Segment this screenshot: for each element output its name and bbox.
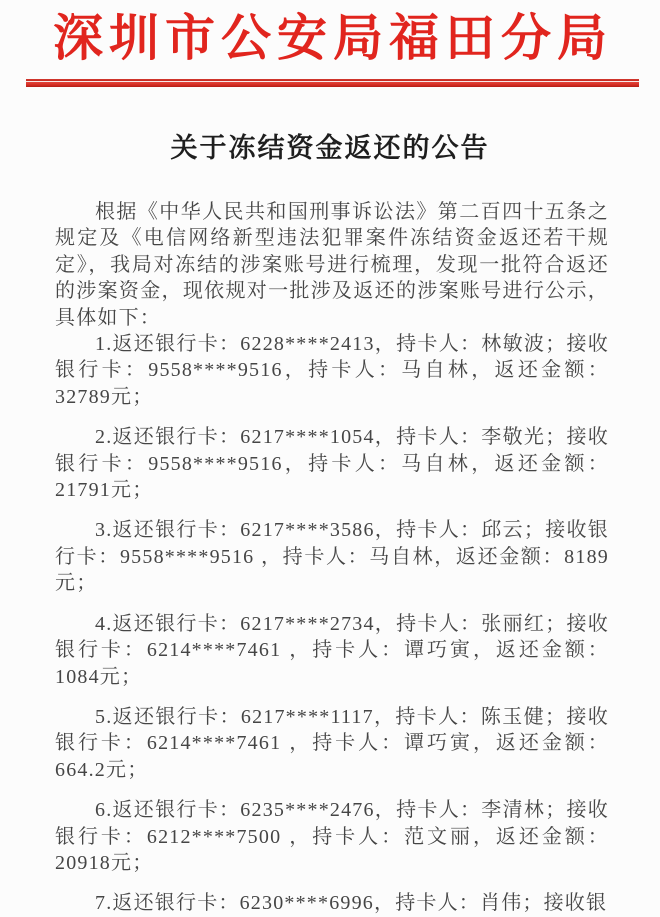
record-item: 4.返还银行卡：6217****2734，持卡人：张丽红；接收银行卡：6214*… <box>55 611 609 690</box>
announcement-title: 关于冻结资金返还的公告 <box>0 132 660 164</box>
record-item: 1.返还银行卡：6228****2413，持卡人：林敏波；接收银行卡：9558*… <box>55 331 609 410</box>
record-item: 6.返还银行卡：6235****2476，持卡人：李清林；接收银行卡：6212*… <box>55 797 609 876</box>
document-body: 关于冻结资金返还的公告 根据《中华人民共和国刑事诉讼法》第二百四十五条之规定及《… <box>0 132 660 917</box>
record-item: 3.返还银行卡：6217****3586，持卡人：邱云；接收银行卡：9558**… <box>55 517 609 596</box>
record-item: 7.返还银行卡：6230****6996，持卡人：肖伟；接收银 <box>55 890 609 916</box>
document-header: 深圳市公安局福田分局 <box>0 0 660 87</box>
agency-title: 深圳市公安局福田分局 <box>0 0 660 68</box>
announcement-content: 根据《中华人民共和国刑事诉讼法》第二百四十五条之规定及《电信网络新型违法犯罪案件… <box>55 199 609 917</box>
intro-paragraph: 根据《中华人民共和国刑事诉讼法》第二百四十五条之规定及《电信网络新型违法犯罪案件… <box>55 199 609 331</box>
record-list: 1.返还银行卡：6228****2413，持卡人：林敏波；接收银行卡：9558*… <box>55 331 609 917</box>
record-item: 2.返还银行卡：6217****1054，持卡人：李敬光；接收银行卡：9558*… <box>55 424 609 503</box>
header-divider-rule <box>26 79 639 87</box>
record-item: 5.返还银行卡：6217****1117，持卡人：陈玉健；接收银行卡：6214*… <box>55 704 609 783</box>
announcement-page: 深圳市公安局福田分局 关于冻结资金返还的公告 根据《中华人民共和国刑事诉讼法》第… <box>0 0 660 917</box>
